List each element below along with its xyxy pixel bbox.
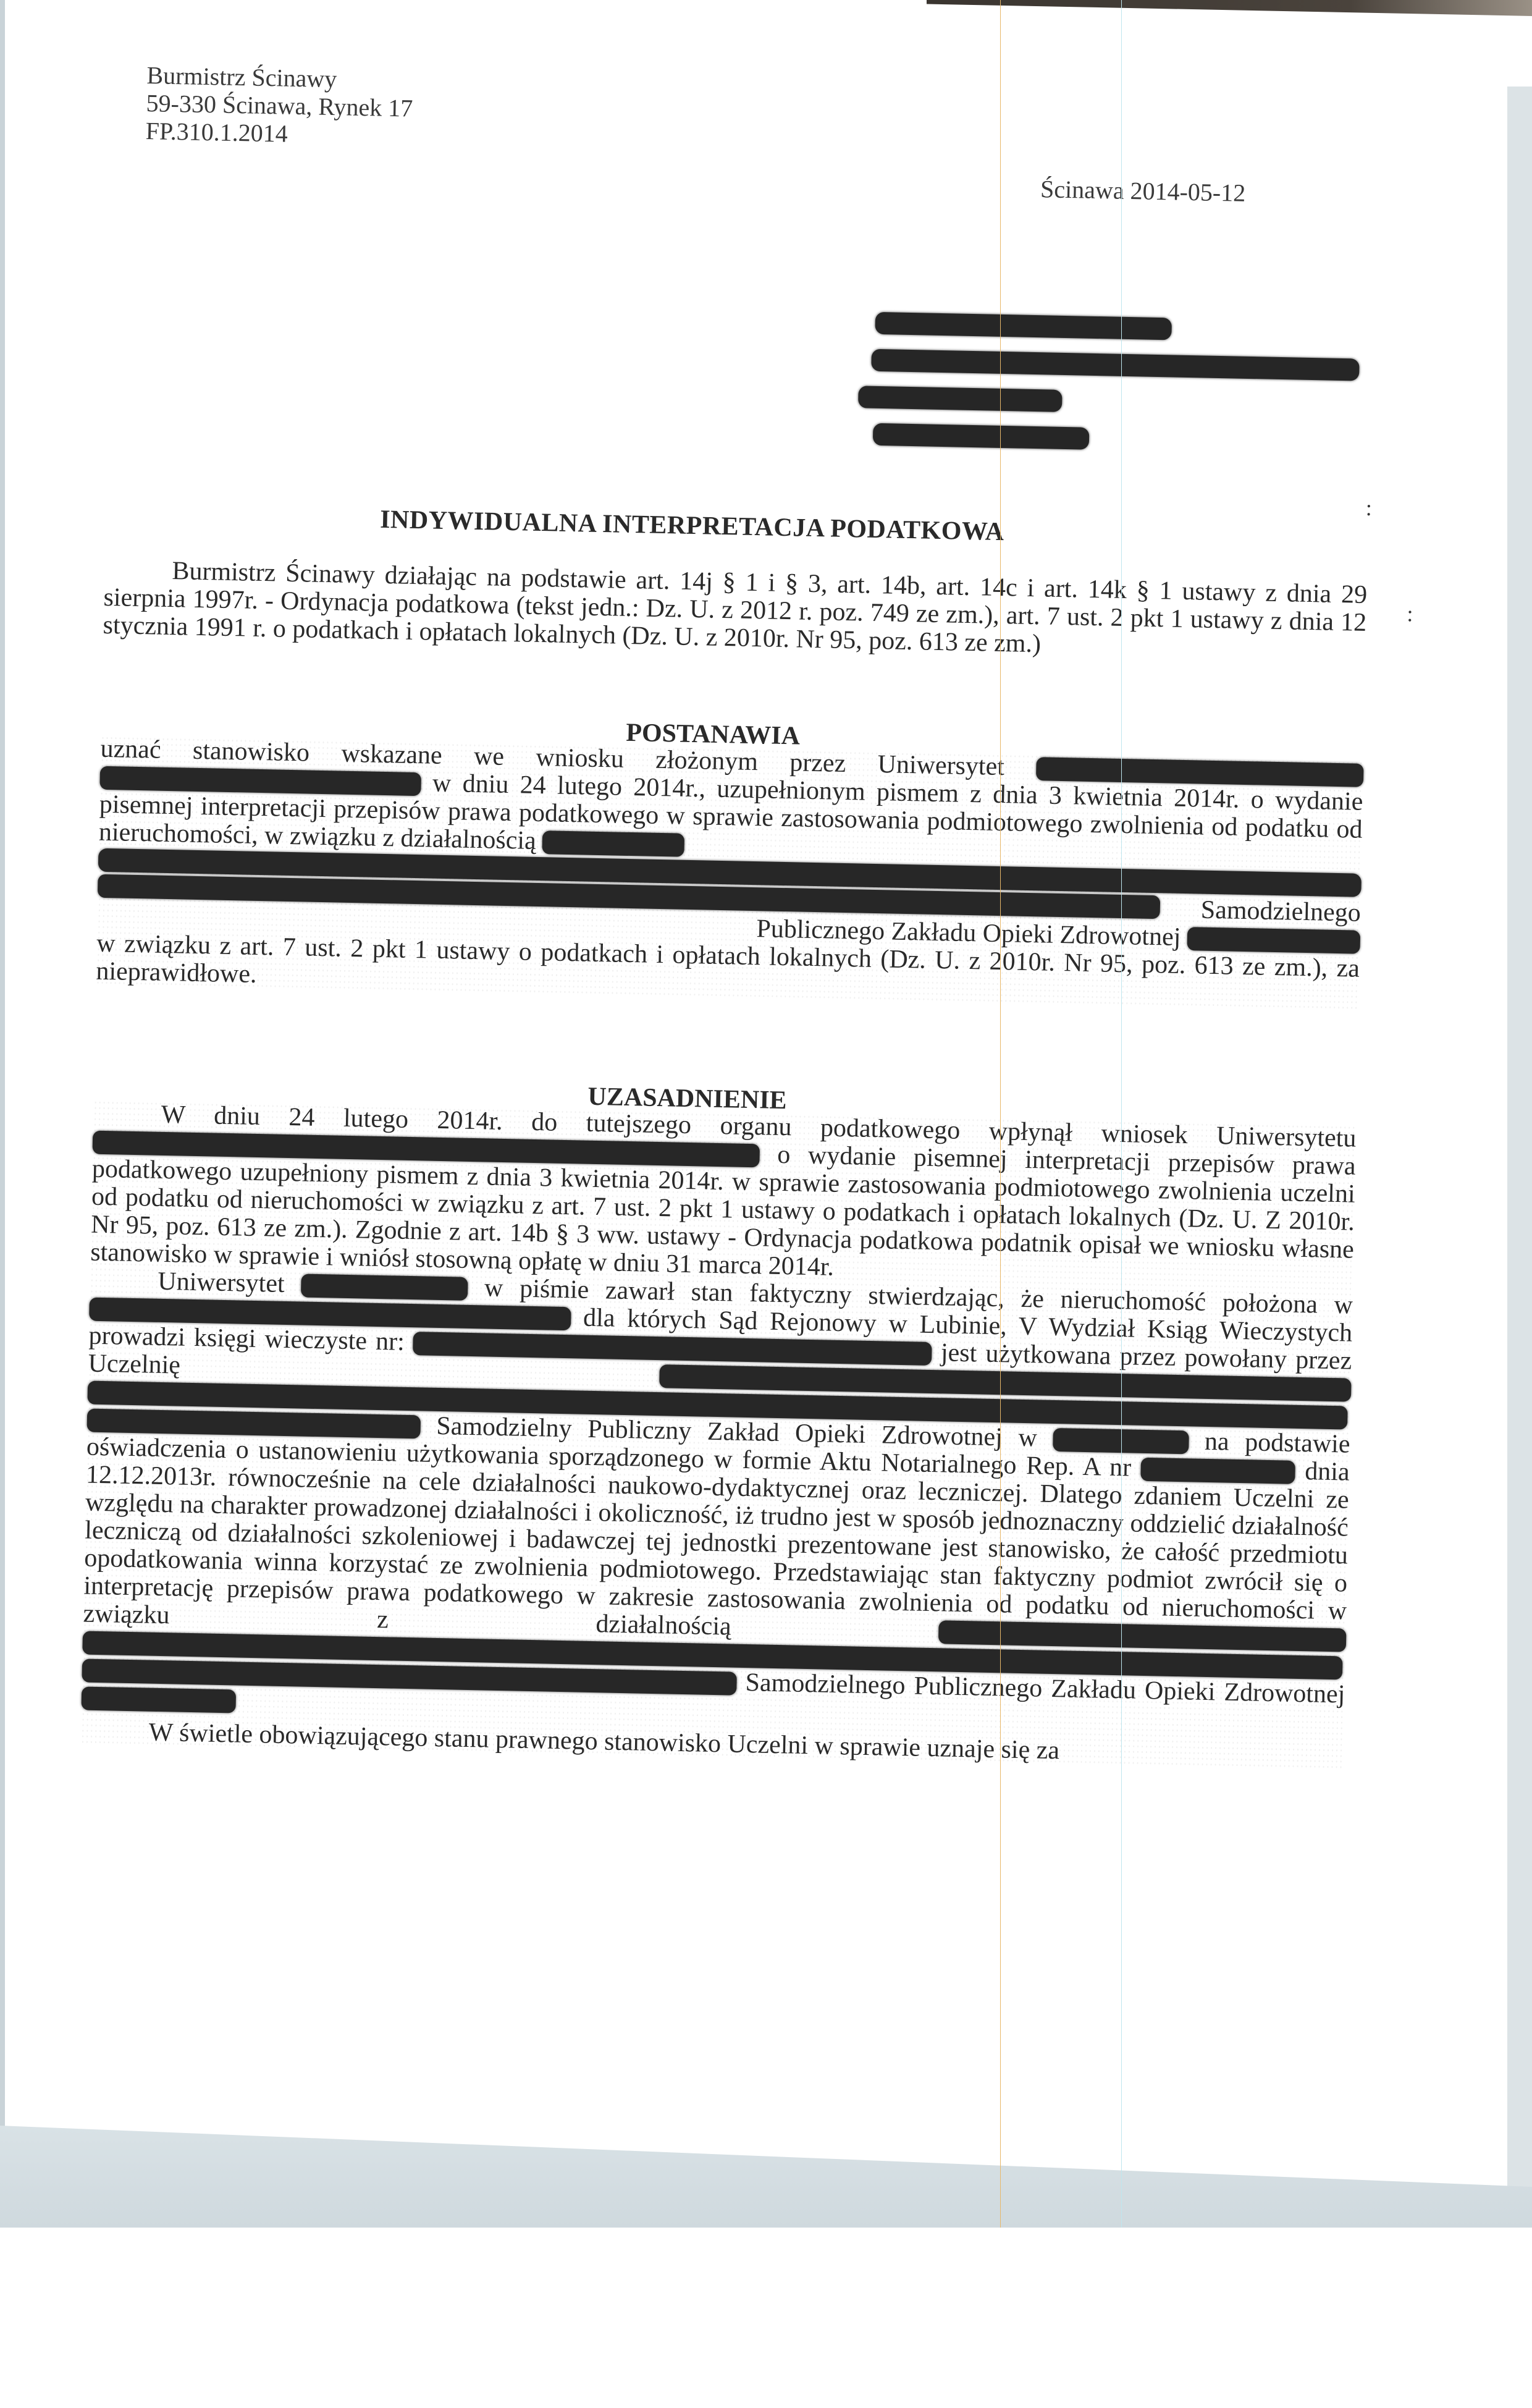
redaction-bar bbox=[1187, 927, 1360, 954]
redaction-bar bbox=[81, 1686, 236, 1713]
paper-top-shadow bbox=[927, 0, 1532, 16]
preamble-paragraph: Burmistrz Ścinawy działając na podstawie… bbox=[103, 556, 1367, 665]
redaction-bar bbox=[858, 386, 1063, 412]
redaction-bar bbox=[1140, 1458, 1295, 1484]
scanner-artifact-line bbox=[1121, 0, 1122, 2228]
redaction-bar bbox=[873, 423, 1090, 450]
redaction-bar bbox=[875, 312, 1172, 340]
scanner-artifact-line bbox=[1000, 0, 1001, 2228]
margin-mark: : bbox=[1407, 601, 1413, 627]
margin-mark: : bbox=[1366, 495, 1373, 521]
justification-text-2g: dnia 12.12.2013r. równocześnie na cele d… bbox=[83, 1457, 1350, 1641]
preamble-text: Burmistrz Ścinawy działając na podstawie… bbox=[103, 556, 1367, 665]
justification-text-2a: Uniwersytet bbox=[158, 1267, 285, 1298]
letterhead: Burmistrz Ścinawy 59-330 Ścinawa, Rynek … bbox=[145, 61, 413, 150]
document-title: INDYWIDUALNA INTERPRETACJA PODATKOWA bbox=[380, 505, 1004, 547]
decision-paragraph: uznać stanowisko wskazane we wniosku zło… bbox=[96, 735, 1364, 1011]
redaction-bar bbox=[301, 1274, 468, 1300]
document-date: Ścinawa 2014-05-12 bbox=[1040, 174, 1246, 208]
case-reference: FP.310.1.2014 bbox=[145, 117, 412, 150]
scanned-page: Burmistrz Ścinawy 59-330 Ścinawa, Rynek … bbox=[0, 0, 1532, 2153]
justification-body: W dniu 24 lutego 2014r. do tutejszego or… bbox=[80, 1100, 1357, 1771]
redaction-bar bbox=[871, 349, 1360, 381]
redaction-bar bbox=[542, 830, 685, 857]
redaction-bar bbox=[938, 1620, 1347, 1652]
